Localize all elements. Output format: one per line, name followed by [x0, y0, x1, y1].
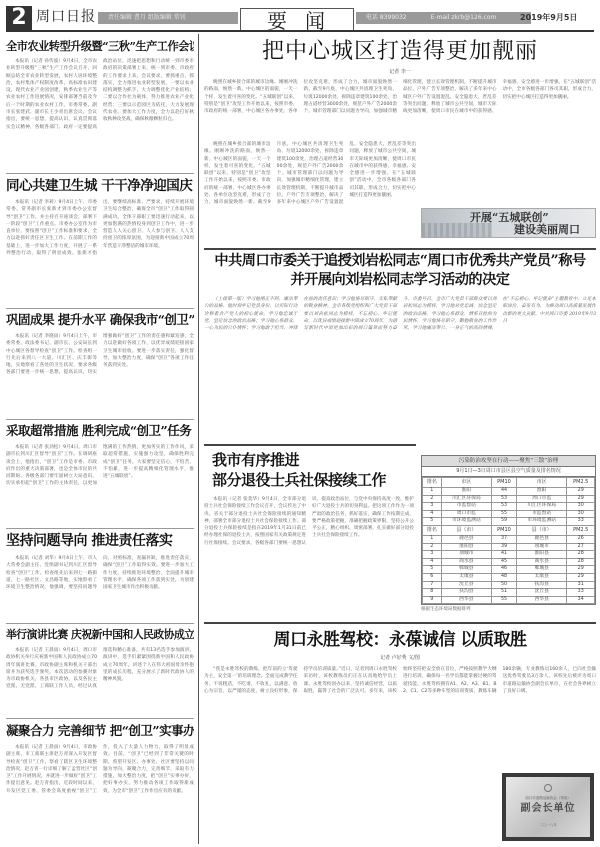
table-title: 污染防治攻坚在行动——聚焦“三散”治理 — [422, 456, 595, 467]
cell: 川汇区环保局 — [441, 495, 491, 503]
cell: 鹿邑县 — [516, 535, 566, 543]
cell: 29 — [567, 566, 595, 574]
headline: 周口永胜驾校：永葆诚信 以质取胜 — [204, 628, 596, 652]
headline-line-2: 并开展向刘岩松同志学习活动的决定 — [204, 271, 596, 290]
divider — [6, 308, 194, 309]
article-body: 本报讯（记者 刘华）9月4日上午，市人大常委会副主任、党组副书记到川汇区督导检查… — [6, 555, 194, 621]
masthead: 2 周口日报 责任编辑 曹月 组版编辑 常钊 要闻 电话 8399032 E-m… — [0, 0, 600, 30]
cell: 31 — [567, 581, 595, 589]
table-row: 3市监督站53川汇区环保局30 — [423, 503, 595, 511]
cell: 27 — [567, 543, 595, 551]
header-cell: PM10 — [492, 478, 517, 488]
table-row: 6太康县48太康县29 — [423, 573, 595, 581]
section-title: 要闻 — [240, 8, 354, 32]
data-table: 排名 市区 PM10 市区 PM2.5 1淮阳44淮阳29 2川汇区环保局53周… — [422, 477, 595, 604]
cell: 53 — [492, 503, 517, 511]
contact-bar: 电话 8399032 E-mail zkrb@126.com — [356, 12, 531, 24]
article-body: 本报讯（记者 张莫华）9月4日，全市部分退役士兵社会保险接续工作会议召开，会议传… — [204, 496, 414, 608]
divider — [6, 623, 194, 624]
plaque-title: 副会长单位 — [506, 803, 590, 815]
table-row: 2淮阳县39项城市27 — [423, 543, 595, 551]
cell: 市环境监测站 — [441, 518, 491, 526]
header-cell: PM2.5 — [567, 478, 595, 488]
article-caiqu: 采取超常措施 胜利完成“创卫”任务 本报讯（记者 张劲松）9月4日，周口市副市长… — [6, 422, 194, 527]
cell: 41 — [492, 551, 517, 559]
cell: 项城市 — [516, 543, 566, 551]
cell: 太康县 — [441, 573, 491, 581]
article-body: 本报讯（记者 王晨雨）9月4日，周口市政协机关举行庆祝新中国和人民政协成立70周… — [6, 647, 194, 717]
cell: 沈丘县 — [441, 581, 491, 589]
cell: 沈丘县 — [516, 589, 566, 597]
cell: 市监督站 — [516, 510, 566, 518]
article-body: 晚照在城乡接合部的城市边缘。刚刚冲洗的路面，焕然一新。中心城区的面貌，一天一个样… — [204, 79, 596, 143]
section-divider — [204, 444, 416, 446]
table-subtitle: 9月1日—3日周口市县区县空气质量及排名情况 — [422, 467, 595, 477]
cell: 55 — [492, 596, 517, 604]
campaign-banner: 开展“五城联创” 建设美丽周口 — [421, 208, 596, 238]
cell: 34 — [567, 596, 595, 604]
emblem-icon — [544, 784, 552, 792]
article-agri-meeting: 全市农业转型升级暨“三秋”生产工作会议召开 本报讯（记者 孙传波）9月4日，全市… — [6, 38, 194, 172]
table-row: 2川汇区环保局53周口市监29 — [423, 495, 595, 503]
editor-bar: 责任编辑 曹月 组版编辑 常钊 — [98, 12, 238, 24]
article-body: 本报讯（记者 王晨雨）9月4日，市政协副主席、市工商联主席赵万青深入开发区督导检… — [6, 744, 194, 842]
divider — [6, 718, 194, 719]
table-row: 8扶沟县51沈丘县33 — [423, 589, 595, 597]
cell: 太康县 — [516, 573, 566, 581]
cell: 29 — [567, 495, 595, 503]
cell: 周口市监 — [441, 510, 491, 518]
section-divider — [204, 248, 596, 250]
award-plaque-photo: 周口市道路运输协会（驾培） 副会长单位 二〇一八年 — [502, 773, 594, 841]
article-veterans: 我市有序推进 部分退役士兵社保接续工作 本报讯（记者 张莫华）9月4日，全市部分… — [204, 450, 414, 610]
cell: 3 — [423, 503, 442, 511]
air-quality-table: 污染防治攻坚在行动——聚焦“三散”治理 9月1日—3日周口市县区县空气质量及排名… — [421, 455, 596, 605]
cell: 淮阳 — [516, 488, 566, 496]
headline: 举行演讲比赛 庆祝新中国和人民政协成立70周年 — [6, 627, 194, 643]
headline-line-1: 我市有序推进 — [204, 450, 414, 470]
article-ningju: 凝聚合力 完善细节 把“创卫”实事办好 本报讯（记者 王晨雨）9月4日，市政协副… — [6, 722, 194, 844]
cell: 1 — [423, 488, 442, 496]
article-body-cont: 晚照在城乡接合部的城市边缘。刚刚冲洗的路面，焕然一新。中心城区的面貌，一天一个样… — [204, 141, 416, 241]
header-cell: 县（市） — [516, 525, 566, 535]
cell: 28 — [567, 558, 595, 566]
cell: 9 — [423, 596, 442, 604]
cell: 6 — [423, 573, 442, 581]
table-row: 4周口市监55市监督站30 — [423, 510, 595, 518]
cell: 淮阳 — [441, 488, 491, 496]
article-body: 本报讯（记者 张劲松）9月4日，周口市副市长到川汇区督导“创卫”工作。在调研座谈… — [6, 444, 194, 526]
email-text: E-mail zkrb@126.com — [431, 14, 497, 21]
cell: 55 — [492, 510, 517, 518]
header-cell: 市区 — [516, 478, 566, 488]
article-juxing: 举行演讲比赛 庆祝新中国和人民政协成立70周年 本报讯（记者 王晨雨）9月4日，… — [6, 627, 194, 717]
article-gonggu: 巩固成果 提升水平 确保我市“创卫”成功 本报讯（记者 李晓雨）9月4日上午，市… — [6, 311, 194, 418]
cell: 淮阳县 — [441, 543, 491, 551]
cell: 30 — [567, 510, 595, 518]
cell: 4 — [423, 510, 442, 518]
cell: 33 — [567, 589, 595, 597]
cell: 59 — [492, 518, 517, 526]
cell: 29 — [567, 488, 595, 496]
header-cell: PM2.5 — [567, 525, 595, 535]
article-body: 本报讯（记者 李莉）9月4日上午，市委常委、常务副市长张新才到市委办公室督导“创… — [6, 199, 194, 305]
cell: 2 — [423, 543, 442, 551]
headline: 全市农业转型升级暨“三秋”生产工作会议召开 — [6, 38, 194, 55]
header-cell: 排名 — [423, 525, 442, 535]
headline: 采取超常措施 胜利完成“创卫”任务 — [6, 422, 194, 440]
paper-name-logo: 周口日报 — [36, 8, 96, 26]
cell: 26 — [567, 535, 595, 543]
cell: 市监督站 — [441, 503, 491, 511]
divider — [6, 528, 194, 529]
issue-date: 2019年9月5日 — [520, 12, 577, 24]
header-cell: 排名 — [423, 478, 442, 488]
cell: 1 — [423, 535, 442, 543]
article-body: （上接第一版）学习他刚正不阿、廉洁奉公的品格，他时刻牢记党员身份，以实际行动诠释… — [204, 296, 596, 438]
cell: 28 — [567, 551, 595, 559]
cell: 川汇区环保局 — [516, 503, 566, 511]
article-body: 本报讯（记者 孙传波）9月4日，全市农业转型升级暨“三秋”生产工作会议召开，回顾… — [6, 58, 194, 170]
byline: 记者 卢好秀 文/图 — [204, 654, 596, 662]
cell: 扶沟县 — [516, 581, 566, 589]
banner-line-2: 建设美丽周口 — [514, 224, 580, 236]
headline: 凝聚合力 完善细节 把“创卫”实事办好 — [6, 722, 194, 740]
cell: 市环境监测站 — [516, 518, 566, 526]
skyline-graphic — [422, 223, 492, 237]
cell: 3 — [423, 551, 442, 559]
article-tongxin: 同心共建卫生城 干干净净迎国庆 本报讯（记者 李莉）9月4日上午，市委常委、常务… — [6, 177, 194, 307]
cell: 51 — [492, 589, 517, 597]
phone-text: 电话 8399032 — [366, 14, 407, 21]
cell: 5 — [423, 518, 442, 526]
cell: 5 — [423, 566, 442, 574]
table-row: 3项城市41淮阳县28 — [423, 551, 595, 559]
table-row: 5郸城县46郸城县29 — [423, 566, 595, 574]
cell: 商水县 — [441, 558, 491, 566]
cell: 45 — [492, 558, 517, 566]
cell: 33 — [567, 518, 595, 526]
cell: 37 — [492, 535, 517, 543]
cell: 29 — [567, 573, 595, 581]
table-header-row: 排名 县（市） PM10 县（市） PM2.5 — [423, 525, 595, 535]
plaque: 周口市道路运输协会（驾培） 副会长单位 二〇一八年 — [506, 777, 590, 837]
header-cell: 市区 — [441, 478, 491, 488]
cell: 50 — [492, 581, 517, 589]
table-row: 7沈丘县50扶沟县31 — [423, 581, 595, 589]
cell: 郸城县 — [516, 566, 566, 574]
cell: 7 — [423, 581, 442, 589]
table-row: 1淮阳44淮阳29 — [423, 488, 595, 496]
cell: 4 — [423, 558, 442, 566]
table-source: 根据生态环境局数据排列 — [421, 606, 471, 613]
plaque-org: 周口市道路运输协会（驾培） — [510, 796, 586, 801]
headline: 坚持问题导向 推进责任落实 — [6, 532, 194, 550]
cell: 西华县 — [441, 596, 491, 604]
cell: 46 — [492, 566, 517, 574]
article-decision: 中共周口市委关于追授刘岩松同志“周口市优秀共产党员”称号 并开展向刘岩松同志学习… — [204, 252, 596, 438]
cell: 53 — [492, 495, 517, 503]
table-row: 9西华县55西华县34 — [423, 596, 595, 604]
cell: 商水县 — [516, 558, 566, 566]
masthead-rule — [6, 30, 594, 32]
cell: 项城市 — [441, 551, 491, 559]
divider — [6, 173, 194, 174]
headline-line-1: 中共周口市委关于追授刘岩松同志“周口市优秀共产党员”称号 — [204, 252, 596, 271]
cell: 48 — [492, 573, 517, 581]
headline-line-2: 部分退役士兵社保接续工作 — [204, 470, 414, 490]
headline: 把中心城区打造得更加靓丽 — [204, 38, 596, 66]
article-body: 本报讯（记者 李晓雨）9月4日上午，市委常委、政法委书记、副市长、公安局长到中心… — [6, 333, 194, 417]
cell: 30 — [567, 503, 595, 511]
cell: 淮阳县 — [516, 551, 566, 559]
table-row: 4商水县45商水县28 — [423, 558, 595, 566]
page-number: 2 — [6, 6, 32, 30]
cell: 8 — [423, 589, 442, 597]
cell: 郸城县 — [441, 566, 491, 574]
header-cell: 县（市） — [441, 525, 491, 535]
table-header-row: 排名 市区 PM10 市区 PM2.5 — [423, 478, 595, 488]
cell: 2 — [423, 495, 442, 503]
cell: 周口市监 — [516, 495, 566, 503]
article-jianchi: 坚持问题导向 推进责任落实 本报讯（记者 刘华）9月4日上午，市人大常委会副主任… — [6, 532, 194, 622]
table-row: 5市环境监测站59市环境监测站33 — [423, 518, 595, 526]
column-divider — [198, 34, 199, 844]
table-row: 1鹿邑县37鹿邑县26 — [423, 535, 595, 543]
cell: 西华县 — [516, 596, 566, 604]
divider — [6, 419, 194, 420]
cell: 44 — [492, 488, 517, 496]
cell: 鹿邑县 — [441, 535, 491, 543]
cell: 扶沟县 — [441, 589, 491, 597]
cell: 39 — [492, 543, 517, 551]
headline: 巩固成果 提升水平 确保我市“创卫”成功 — [6, 311, 194, 329]
byline: 记者 李一 — [204, 68, 596, 76]
headline: 同心共建卫生城 干干净净迎国庆 — [6, 177, 194, 195]
header-cell: PM10 — [492, 525, 517, 535]
section-divider — [204, 622, 596, 624]
plaque-year: 二〇一八年 — [506, 823, 590, 828]
